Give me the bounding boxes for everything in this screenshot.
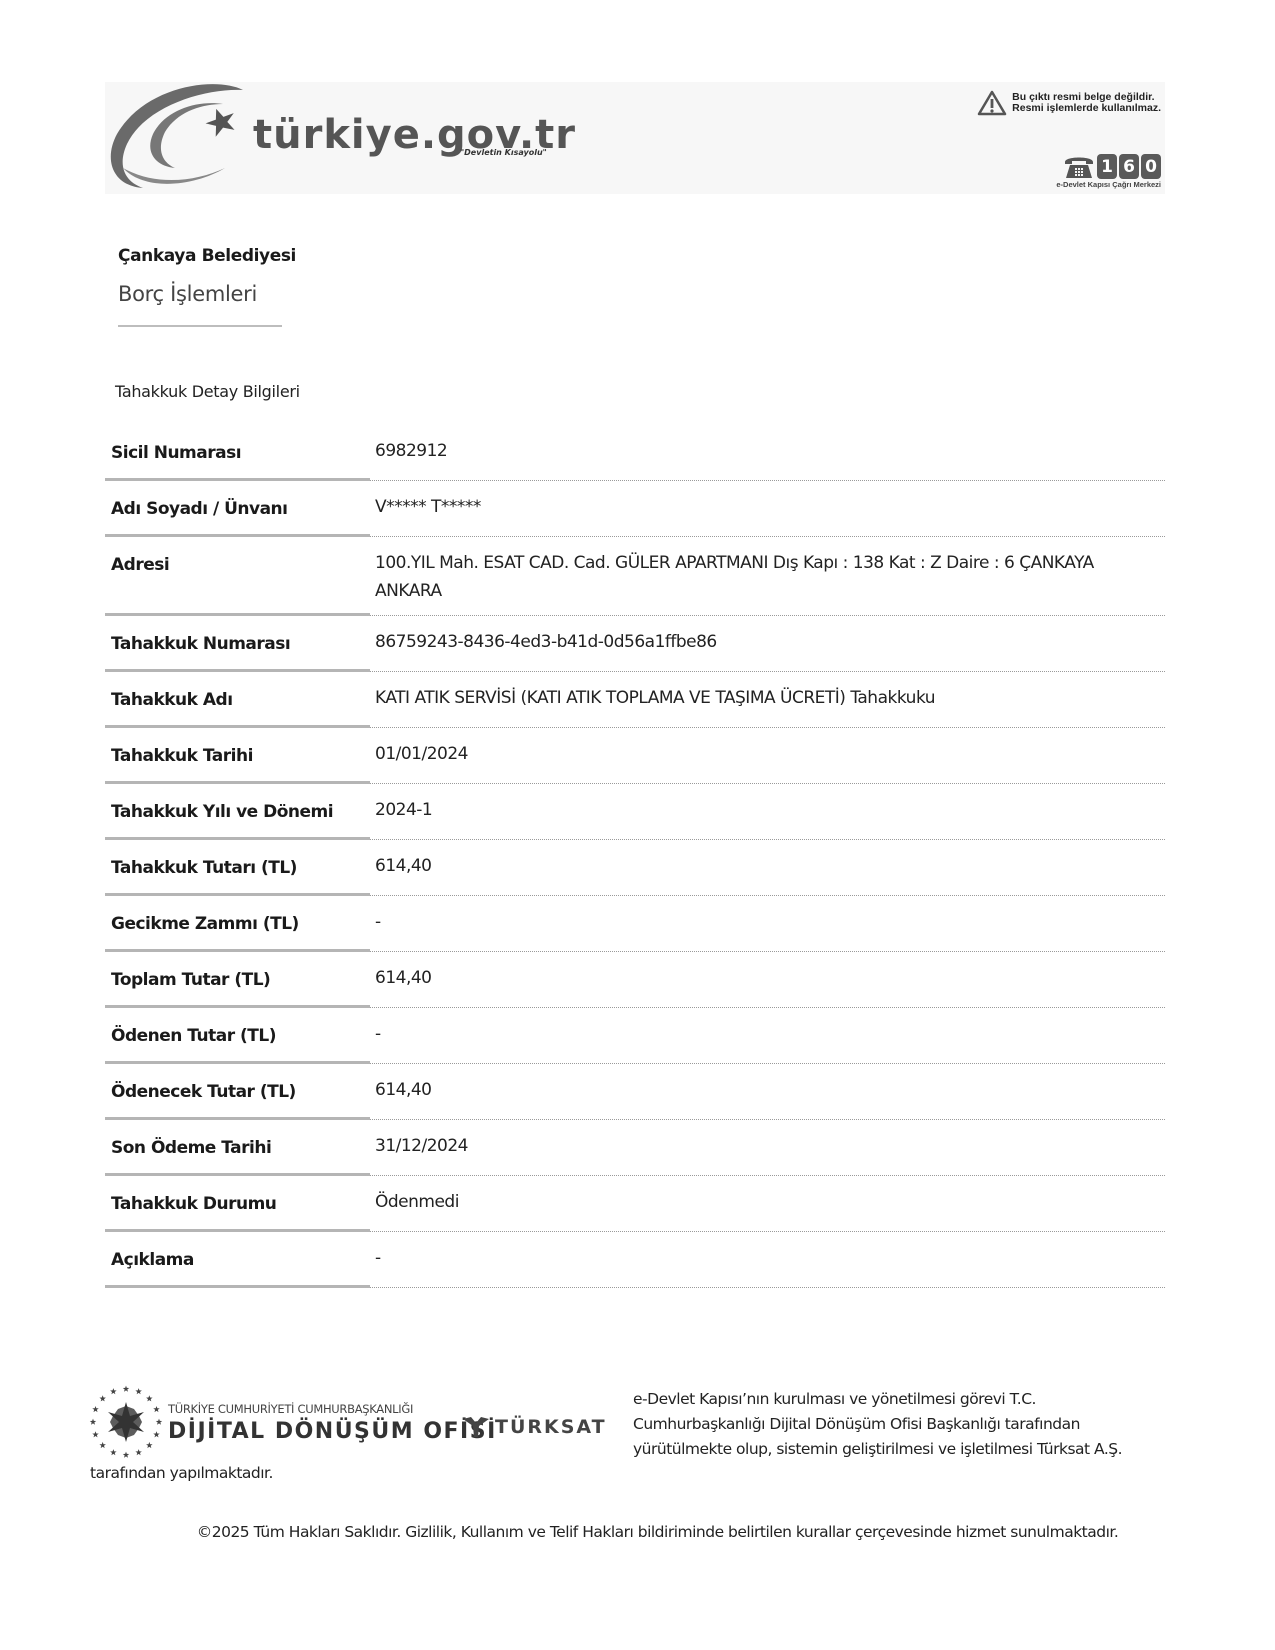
detail-value: 2024-1 — [370, 779, 1165, 840]
detail-row: Adresi100.YIL Mah. ESAT CAD. Cad. GÜLER … — [105, 537, 1165, 616]
detail-row: Ödenen Tutar (TL)- — [105, 1008, 1165, 1064]
organization-name: Çankaya Belediyesi — [118, 246, 296, 266]
detail-value: 6982912 — [370, 420, 1165, 481]
detail-value: - — [370, 891, 1165, 952]
digital-transformation-office-emblem-icon — [88, 1385, 164, 1460]
detail-row: Ödenecek Tutar (TL)614,40 — [105, 1064, 1165, 1120]
detail-label: Gecikme Zammı (TL) — [105, 896, 370, 952]
detail-row: Tahakkuk DurumuÖdenmedi — [105, 1176, 1165, 1232]
detail-row: Toplam Tutar (TL)614,40 — [105, 952, 1165, 1008]
footer-description-tail: tarafından yapılmaktadır. — [90, 1464, 273, 1482]
turksat-text: TÜRKSAT — [495, 1416, 607, 1438]
hotline-digit: 0 — [1141, 154, 1161, 179]
hotline-digit: 6 — [1119, 154, 1139, 179]
detail-label: Açıklama — [105, 1232, 370, 1288]
detail-value: V***** T***** — [370, 476, 1165, 537]
detail-row: Tahakkuk Numarası86759243-8436-4ed3-b41d… — [105, 616, 1165, 672]
detail-value: 614,40 — [370, 947, 1165, 1008]
footer-description: e-Devlet Kapısı’nın kurulması ve yönetil… — [633, 1387, 1153, 1462]
detail-row: Tahakkuk AdıKATI ATIK SERVİSİ (KATI ATIK… — [105, 672, 1165, 728]
detail-label: Tahakkuk Adı — [105, 672, 370, 728]
title-divider — [118, 325, 282, 327]
detail-label: Tahakkuk Yılı ve Dönemi — [105, 784, 370, 840]
detail-row: Gecikme Zammı (TL)- — [105, 896, 1165, 952]
detail-value: 614,40 — [370, 835, 1165, 896]
detail-label: Son Ödeme Tarihi — [105, 1120, 370, 1176]
detail-row: Açıklama- — [105, 1232, 1165, 1288]
detail-value: Ödenmedi — [370, 1171, 1165, 1232]
hotline-caption: e-Devlet Kapısı Çağrı Merkezi — [1041, 180, 1161, 189]
detail-value: 86759243-8436-4ed3-b41d-0d56a1ffbe86 — [370, 611, 1165, 672]
detail-value: - — [370, 1003, 1165, 1064]
detail-label: Ödenecek Tutar (TL) — [105, 1064, 370, 1120]
call-center-badge: 1 6 0 e-Devlet Kapısı Çağrı Merkezi — [1041, 154, 1161, 189]
detail-label: Adı Soyadı / Ünvanı — [105, 481, 370, 537]
warning-triangle-icon — [977, 90, 1007, 116]
turkiye-gov-logo-emblem-icon — [105, 82, 255, 194]
detail-label: Tahakkuk Numarası — [105, 616, 370, 672]
logo-slogan: "Devletin Kısayolu" — [460, 148, 547, 157]
footer-logos: TÜRKİYE CUMHURİYETİ CUMHURBAŞKANLIĞI DİJ… — [88, 1385, 608, 1460]
ddo-subtitle: TÜRKİYE CUMHURİYETİ CUMHURBAŞKANLIĞI — [168, 1402, 413, 1416]
copyright-notice: ©2025 Tüm Hakları Saklıdır. Gizlilik, Ku… — [0, 1523, 1275, 1541]
detail-label: Sicil Numarası — [105, 425, 370, 481]
detail-value: 614,40 — [370, 1059, 1165, 1120]
not-official-warning: Bu çıktı resmi belge değildir. Resmi işl… — [977, 90, 1161, 116]
detail-value: - — [370, 1227, 1165, 1288]
turksat-mark-icon — [463, 1417, 489, 1437]
header-banner: türkiye.gov.tr "Devletin Kısayolu" Bu çı… — [105, 82, 1165, 194]
detail-value: 31/12/2024 — [370, 1115, 1165, 1176]
detail-row: Tahakkuk Yılı ve Dönemi2024-1 — [105, 784, 1165, 840]
detail-label: Adresi — [105, 537, 370, 616]
turksat-logo: TÜRKSAT — [463, 1416, 607, 1438]
detail-table: Sicil Numarası6982912 Adı Soyadı / Ünvan… — [105, 425, 1165, 1288]
detail-row: Adı Soyadı / ÜnvanıV***** T***** — [105, 481, 1165, 537]
detail-row: Tahakkuk Tutarı (TL)614,40 — [105, 840, 1165, 896]
detail-row: Sicil Numarası6982912 — [105, 425, 1165, 481]
detail-label: Toplam Tutar (TL) — [105, 952, 370, 1008]
detail-label: Tahakkuk Durumu — [105, 1176, 370, 1232]
detail-value: KATI ATIK SERVİSİ (KATI ATIK TOPLAMA VE … — [370, 667, 1165, 728]
detail-row: Son Ödeme Tarihi31/12/2024 — [105, 1120, 1165, 1176]
section-title: Tahakkuk Detay Bilgileri — [115, 382, 300, 401]
hotline-digit: 1 — [1097, 154, 1117, 179]
detail-row: Tahakkuk Tarihi01/01/2024 — [105, 728, 1165, 784]
detail-value: 100.YIL Mah. ESAT CAD. Cad. GÜLER APARTM… — [370, 532, 1165, 616]
detail-label: Tahakkuk Tarihi — [105, 728, 370, 784]
detail-label: Tahakkuk Tutarı (TL) — [105, 840, 370, 896]
warning-line-2: Resmi işlemlerde kullanılmaz. — [1012, 103, 1161, 114]
ddo-title: DİJİTAL DÖNÜŞÜM OFİSİ — [168, 1419, 497, 1444]
detail-value: 01/01/2024 — [370, 723, 1165, 784]
telephone-icon — [1063, 154, 1095, 179]
service-title: Borç İşlemleri — [118, 282, 257, 306]
detail-label: Ödenen Tutar (TL) — [105, 1008, 370, 1064]
